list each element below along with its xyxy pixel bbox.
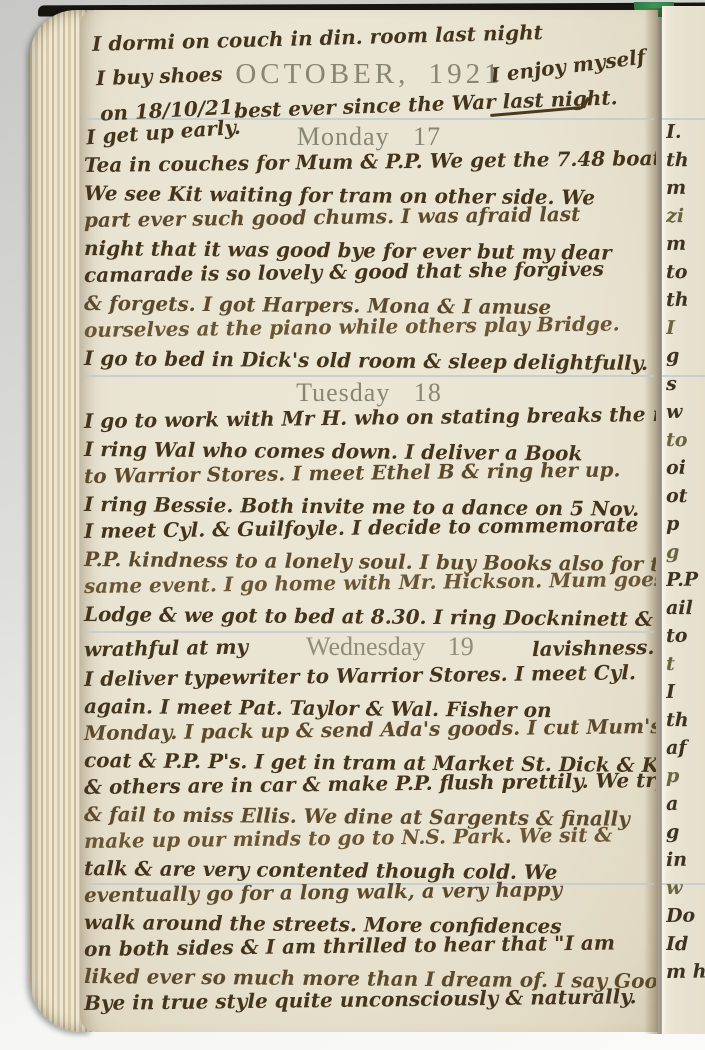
printed-day-header-wednesday: Wednesday 19 bbox=[248, 632, 532, 662]
handwritten-line: g bbox=[666, 342, 705, 370]
printed-month-header: OCTOBER, 1921 bbox=[82, 58, 656, 91]
handwritten-line: t bbox=[666, 650, 705, 678]
handwritten-line: m bbox=[666, 174, 705, 202]
handwritten-line: I bbox=[666, 678, 705, 706]
handwritten-line: w bbox=[666, 874, 705, 902]
handwritten-line: & others are in car & make P.P. flush pr… bbox=[84, 767, 656, 801]
handwritten-line: m bbox=[666, 230, 705, 258]
handwritten-line: eventually go for a long walk, a very ha… bbox=[84, 875, 656, 909]
handwritten-line: ourselves at the piano while others play… bbox=[84, 310, 656, 344]
handwritten-line: Bye in true style quite unconsciously & … bbox=[84, 983, 656, 1017]
handwritten-line: p bbox=[666, 510, 705, 538]
handwritten-line: make up our minds to go to N.S. Park. We… bbox=[84, 821, 656, 855]
printed-day-header-monday: Monday 17 bbox=[82, 122, 656, 152]
handwritten-line: oi bbox=[666, 454, 705, 482]
handwritten-line: part ever such good chums. I was afraid … bbox=[84, 200, 656, 234]
handwritten-line: g bbox=[666, 818, 705, 846]
next-page-text-fragments: I.thmzimtothIgswtooiotpgP.PailtotIthafpa… bbox=[666, 118, 705, 1018]
handwritten-line: ot bbox=[666, 482, 705, 510]
handwritten-line: camarade is so lovely & good that she fo… bbox=[84, 255, 656, 289]
handwritten-line: ail bbox=[666, 594, 705, 622]
handwritten-line: w bbox=[666, 398, 705, 426]
handwritten-line: a bbox=[666, 790, 705, 818]
handwritten-line: same event. I go home with Mr. Hickson. … bbox=[84, 566, 656, 600]
entry-wednesday-19: I deliver typewriter to Warrior Stores. … bbox=[84, 666, 656, 1017]
handwritten-line: to bbox=[666, 622, 705, 650]
handwritten-line: Monday. I pack up & send Ada's goods. I … bbox=[84, 713, 656, 747]
handwritten-line: Lodge & we got to bed at 8.30. I ring Do… bbox=[84, 601, 656, 633]
handwritten-line: s bbox=[666, 370, 705, 398]
handwritten-line: Do bbox=[666, 902, 705, 930]
handwritten-line: to bbox=[666, 426, 705, 454]
straddle-left-text: wrathful at my bbox=[84, 635, 249, 662]
handwritten-line: to bbox=[666, 258, 705, 286]
handwritten-line: I go to bed in Dick's old room & sleep d… bbox=[84, 345, 656, 377]
handwritten-line: th bbox=[666, 706, 705, 734]
handwritten-line: P.P bbox=[666, 566, 705, 594]
handwritten-line: I deliver typewriter to Warrior Stores. … bbox=[84, 659, 656, 693]
handwritten-line: in bbox=[666, 846, 705, 874]
handwritten-line: g bbox=[666, 538, 705, 566]
printed-day-header-tuesday: Tuesday 18 bbox=[82, 378, 656, 408]
handwritten-line: m h bbox=[666, 958, 705, 986]
handwritten-line: th bbox=[666, 146, 705, 174]
marginalia-line: I dormi on couch in din. room last night bbox=[92, 20, 543, 56]
writing-area: OCTOBER, 1921 Monday 17 Tuesday 18 I dor… bbox=[82, 10, 656, 1028]
handwritten-line: af bbox=[666, 734, 705, 762]
handwritten-line: th bbox=[666, 286, 705, 314]
handwritten-line: zi bbox=[666, 202, 705, 230]
straddle-right-text: lavishness. bbox=[531, 635, 654, 661]
handwritten-line: to Warrior Stores. I meet Ethel B & ring… bbox=[84, 456, 656, 490]
handwritten-line: I. bbox=[666, 118, 705, 146]
handwritten-line: I bbox=[666, 314, 705, 342]
handwritten-line: on both sides & I am thrilled to hear th… bbox=[84, 929, 656, 963]
handwritten-line: Id bbox=[666, 930, 705, 958]
diary-photo: OCTOBER, 1921 Monday 17 Tuesday 18 I dor… bbox=[0, 0, 705, 1050]
handwritten-line: I meet Cyl. & Guilfoyle. I decide to com… bbox=[84, 511, 656, 545]
straddle-row: wrathful at my Wednesday 19 lavishness. bbox=[84, 632, 654, 662]
handwritten-line: p bbox=[666, 762, 705, 790]
entry-tuesday-18: I go to work with Mr H. who on stating b… bbox=[84, 408, 656, 628]
entry-monday-17: Tea in couches for Mum & P.P. We get the… bbox=[84, 152, 656, 372]
